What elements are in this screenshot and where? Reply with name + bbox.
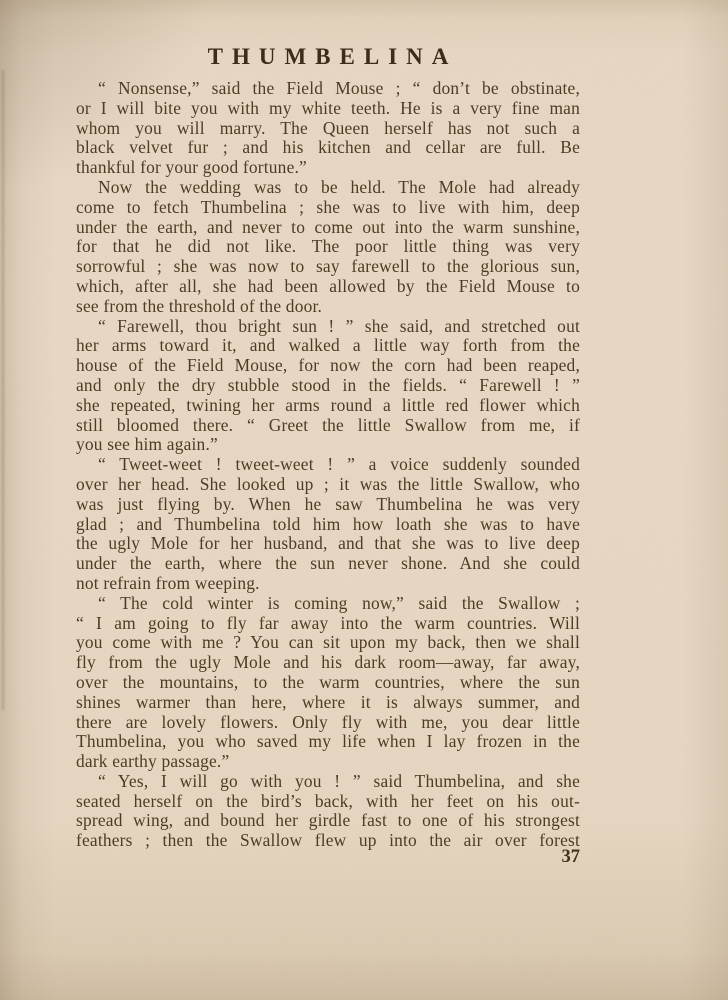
text-line: under the earth, and never to come out i… xyxy=(76,218,580,238)
text-line: or I will bite you with my white teeth. … xyxy=(76,99,580,119)
text-line: the ugly Mole for her husband, and that … xyxy=(76,534,580,554)
page-text: “ Nonsense,” said the Field Mouse ; “ do… xyxy=(76,79,580,851)
text-line: not refrain from weeping. xyxy=(76,574,580,594)
text-line: sorrowful ; she was now to say farewell … xyxy=(76,257,580,277)
text-line: seated herself on the bird’s back, with … xyxy=(76,792,580,812)
text-line: was just flying by. When he saw Thumbeli… xyxy=(76,495,580,515)
text-line: she repeated, twining her arms round a l… xyxy=(76,396,580,416)
text-line: thankful for your good fortune.” xyxy=(76,158,580,178)
book-page: THUMBELINA “ Nonsense,” said the Field M… xyxy=(0,0,728,1000)
text-line: and only the dry stubble stood in the fi… xyxy=(76,376,580,396)
text-line: see from the threshold of the door. xyxy=(76,297,580,317)
text-line: shines warmer than here, where it is alw… xyxy=(76,693,580,713)
text-line: there are lovely flowers. Only fly with … xyxy=(76,713,580,733)
text-line: black velvet fur ; and his kitchen and c… xyxy=(76,138,580,158)
text-line: “ Farewell, thou bright sun ! ” she said… xyxy=(76,317,580,337)
text-line: “ Nonsense,” said the Field Mouse ; “ do… xyxy=(76,79,580,99)
text-line: “ Yes, I will go with you ! ” said Thumb… xyxy=(76,772,580,792)
page-number: 37 xyxy=(76,847,580,868)
text-line: “ Tweet-weet ! tweet-weet ! ” a voice su… xyxy=(76,455,580,475)
page-title: THUMBELINA xyxy=(76,44,580,70)
text-line: still bloomed there. “ Greet the little … xyxy=(76,416,580,436)
text-line: Now the wedding was to be held. The Mole… xyxy=(76,178,580,198)
text-line: fly from the ugly Mole and his dark room… xyxy=(76,653,580,673)
text-line: spread wing, and bound her girdle fast t… xyxy=(76,811,580,831)
text-line: you see him again.” xyxy=(76,435,580,455)
text-line: over the mountains, to the warm countrie… xyxy=(76,673,580,693)
text-line: you come with me ? You can sit upon my b… xyxy=(76,633,580,653)
text-line: dark earthy passage.” xyxy=(76,752,580,772)
text-line: her arms toward it, and walked a little … xyxy=(76,336,580,356)
text-line: glad ; and Thumbelina told him how loath… xyxy=(76,515,580,535)
text-line: “ I am going to fly far away into the wa… xyxy=(76,614,580,634)
text-line: “ The cold winter is coming now,” said t… xyxy=(76,594,580,614)
page-edge-shadow xyxy=(2,70,4,710)
text-line: over her head. She looked up ; it was th… xyxy=(76,475,580,495)
text-line: for that he did not like. The poor littl… xyxy=(76,237,580,257)
text-line: under the earth, where the sun never sho… xyxy=(76,554,580,574)
text-line: which, after all, she had been allowed b… xyxy=(76,277,580,297)
text-line: Thumbelina, you who saved my life when I… xyxy=(76,732,580,752)
text-line: whom you will marry. The Queen herself h… xyxy=(76,119,580,139)
text-line: come to fetch Thumbelina ; she was to li… xyxy=(76,198,580,218)
text-line: house of the Field Mouse, for now the co… xyxy=(76,356,580,376)
